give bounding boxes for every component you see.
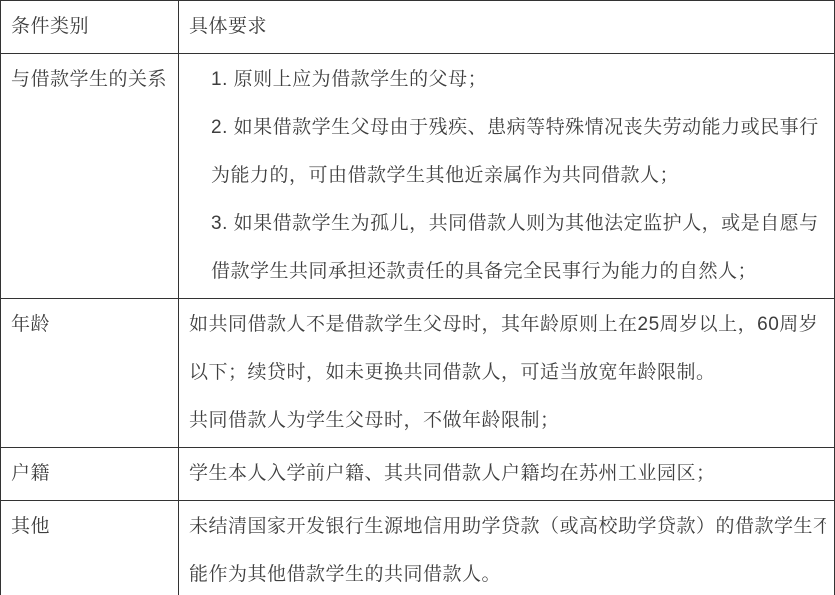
- table-row: 与借款学生的关系1. 原则上应为借款学生的父母；2. 如果借款学生父母由于残疾、…: [1, 54, 835, 299]
- requirements-cell: 如共同借款人不是借款学生父母时，其年龄原则上在25周岁以上，60周岁以下；续贷时…: [179, 299, 835, 448]
- requirements-cell: 学生本人入学前户籍、其共同借款人户籍均在苏州工业园区；: [179, 448, 835, 501]
- category-label: 其他: [11, 503, 170, 551]
- category-label: 户籍: [11, 450, 170, 498]
- header-cell-requirements: 具体要求: [179, 1, 835, 54]
- page: 条件类别 具体要求 与借款学生的关系1. 原则上应为借款学生的父母；2. 如果借…: [0, 0, 835, 595]
- category-cell: 年龄: [1, 299, 179, 448]
- requirement-line: 如共同借款人不是借款学生父母时，其年龄原则上在25周岁以上，60周岁: [189, 301, 826, 349]
- requirement-line: 学生本人入学前户籍、其共同借款人户籍均在苏州工业园区；: [189, 450, 826, 498]
- requirement-line: 共同借款人为学生父母时，不做年龄限制；: [189, 397, 826, 445]
- requirements-cell: 1. 原则上应为借款学生的父母；2. 如果借款学生父母由于残疾、患病等特殊情况丧…: [179, 54, 835, 299]
- table-row: 户籍学生本人入学前户籍、其共同借款人户籍均在苏州工业园区；: [1, 448, 835, 501]
- requirements-table: 条件类别 具体要求 与借款学生的关系1. 原则上应为借款学生的父母；2. 如果借…: [0, 0, 835, 595]
- requirement-line: 3. 如果借款学生为孤儿，共同借款人则为其他法定监护人，或是自愿与: [211, 200, 826, 248]
- category-label: 年龄: [11, 301, 170, 349]
- requirement-line: 能作为其他借款学生的共同借款人。: [189, 551, 826, 595]
- requirement-line: 以下；续贷时，如未更换共同借款人，可适当放宽年龄限制。: [189, 349, 826, 397]
- category-cell: 其他: [1, 501, 179, 595]
- category-cell: 户籍: [1, 448, 179, 501]
- requirement-line: 2. 如果借款学生父母由于残疾、患病等特殊情况丧失劳动能力或民事行: [211, 104, 826, 152]
- requirement-line: 1. 原则上应为借款学生的父母；: [211, 56, 826, 104]
- requirement-line: 借款学生共同承担还款责任的具备完全民事行为能力的自然人；: [211, 248, 826, 296]
- table-header-row: 条件类别 具体要求: [1, 1, 835, 54]
- requirements-cell: 未结清国家开发银行生源地信用助学贷款（或高校助学贷款）的借款学生不能作为其他借款…: [179, 501, 835, 595]
- header-requirements-label: 具体要求: [189, 3, 826, 51]
- table-body: 与借款学生的关系1. 原则上应为借款学生的父母；2. 如果借款学生父母由于残疾、…: [1, 54, 835, 595]
- header-category-label: 条件类别: [11, 3, 170, 51]
- category-label: 与借款学生的关系: [11, 56, 170, 104]
- requirement-line: 未结清国家开发银行生源地信用助学贷款（或高校助学贷款）的借款学生不: [189, 503, 826, 551]
- category-cell: 与借款学生的关系: [1, 54, 179, 299]
- requirement-line: 为能力的，可由借款学生其他近亲属作为共同借款人；: [211, 152, 826, 200]
- table-row: 年龄如共同借款人不是借款学生父母时，其年龄原则上在25周岁以上，60周岁以下；续…: [1, 299, 835, 448]
- header-cell-category: 条件类别: [1, 1, 179, 54]
- table-row: 其他未结清国家开发银行生源地信用助学贷款（或高校助学贷款）的借款学生不能作为其他…: [1, 501, 835, 595]
